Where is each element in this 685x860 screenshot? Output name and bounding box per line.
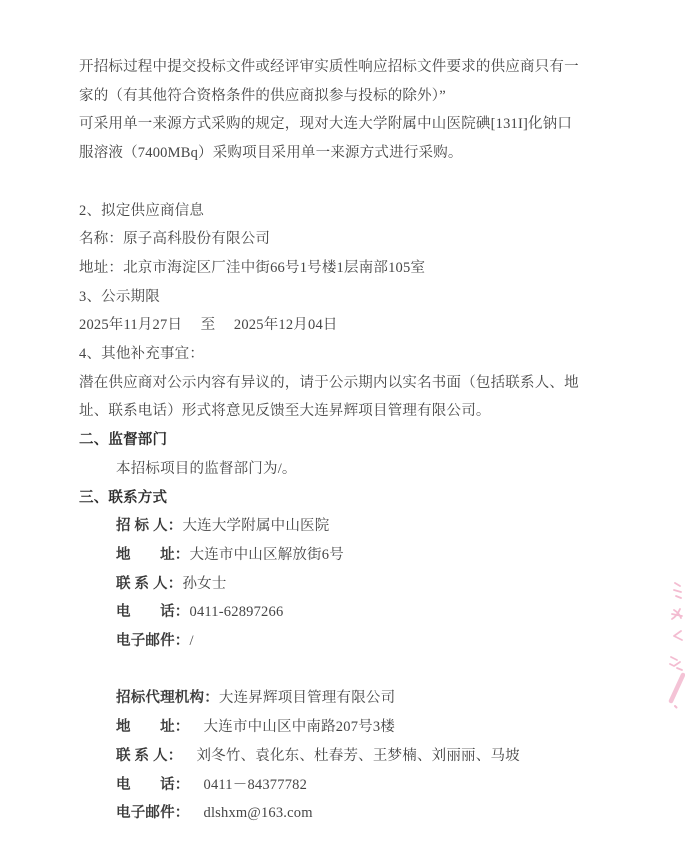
field-value: 孙女士 bbox=[182, 576, 226, 592]
carryover-paragraph-line-4: 服溶液（7400MBq）采购项目采用单一来源方式进行采购。 bbox=[79, 139, 639, 168]
tenderer-row: 地 址：大连市中山区解放街6号 bbox=[79, 541, 639, 570]
section4-body-line-2: 址、联系电话）形式将意见反馈至大连昇辉项目管理有限公司。 bbox=[79, 397, 639, 426]
field-label: 电子邮件： bbox=[116, 633, 190, 649]
section4-body-line-1: 潜在供应商对公示内容有异议的，请于公示期内以实名书面（包括联系人、地 bbox=[79, 369, 639, 398]
blank-line bbox=[79, 656, 639, 685]
section4-heading: 4、其他补充事宜： bbox=[79, 340, 639, 369]
field-value: 大连大学附属中山医院 bbox=[182, 518, 329, 534]
tenderer-contact-block: 招 标 人：大连大学附属中山医院 地 址：大连市中山区解放街6号 联 系 人：孙… bbox=[79, 512, 639, 656]
handwritten-annotation bbox=[648, 563, 685, 718]
tenderer-row: 招 标 人：大连大学附属中山医院 bbox=[79, 512, 639, 541]
publicity-period-line: 2025年11月27日 至 2025年12月04日 bbox=[79, 311, 639, 340]
agency-row: 电子邮件：dlshxm@163.com bbox=[79, 799, 639, 828]
supervision-heading: 二、监督部门 bbox=[79, 426, 639, 455]
field-label: 招 标 人： bbox=[116, 518, 182, 534]
field-value: 0411-62897266 bbox=[190, 604, 284, 620]
supervision-body-line: 本招标项目的监督部门为/。 bbox=[79, 455, 639, 484]
carryover-paragraph-line-2: 家的（有其他符合资格条件的供应商拟参与投标的除外）” bbox=[79, 82, 639, 111]
tenderer-row: 电 话：0411-62897266 bbox=[79, 598, 639, 627]
field-label: 招标代理机构： bbox=[116, 690, 219, 706]
field-label: 电 话： bbox=[116, 777, 190, 793]
carryover-paragraph-line-1: 开招标过程中提交投标文件或经评审实质性响应招标文件要求的供应商只有一 bbox=[79, 53, 639, 82]
agency-row: 电 话：0411－84377782 bbox=[79, 771, 639, 800]
tenderer-row: 电子邮件：/ bbox=[79, 627, 639, 656]
agency-contact-block: 招标代理机构：大连昇辉项目管理有限公司 地 址：大连市中山区中南路207号3楼 … bbox=[79, 684, 639, 828]
field-value: dlshxm@163.com bbox=[204, 805, 313, 821]
blank-line bbox=[79, 168, 639, 197]
field-value: 刘冬竹、袁化东、杜春芳、王梦楠、刘丽丽、马坡 bbox=[196, 748, 519, 764]
agency-row: 联 系 人：刘冬竹、袁化东、杜春芳、王梦楠、刘丽丽、马坡 bbox=[79, 742, 639, 771]
document-page: 开招标过程中提交投标文件或经评审实质性响应招标文件要求的供应商只有一 家的（有其… bbox=[79, 53, 639, 828]
section2-heading: 2、拟定供应商信息 bbox=[79, 197, 639, 226]
field-label: 地 址： bbox=[116, 547, 190, 563]
field-value: 0411－84377782 bbox=[204, 777, 308, 793]
field-value: 大连市中山区中南路207号3楼 bbox=[204, 719, 396, 735]
field-value: 大连市中山区解放街6号 bbox=[190, 547, 344, 563]
field-label: 电子邮件： bbox=[116, 805, 190, 821]
field-label: 联 系 人： bbox=[116, 576, 182, 592]
section3-heading: 3、公示期限 bbox=[79, 283, 639, 312]
field-label: 地 址： bbox=[116, 719, 190, 735]
field-value: / bbox=[190, 633, 194, 649]
agency-row: 招标代理机构：大连昇辉项目管理有限公司 bbox=[79, 684, 639, 713]
supplier-name-line: 名称：原子高科股份有限公司 bbox=[79, 225, 639, 254]
field-label: 电 话： bbox=[116, 604, 190, 620]
carryover-paragraph-line-3: 可采用单一来源方式采购的规定，现对大连大学附属中山医院碘[131I]化钠口 bbox=[79, 110, 639, 139]
agency-row: 地 址：大连市中山区中南路207号3楼 bbox=[79, 713, 639, 742]
tenderer-row: 联 系 人：孙女士 bbox=[79, 570, 639, 599]
contact-heading: 三、联系方式 bbox=[79, 484, 639, 513]
field-label: 联 系 人： bbox=[116, 748, 182, 764]
field-value: 大连昇辉项目管理有限公司 bbox=[219, 690, 395, 706]
supplier-address-line: 地址：北京市海淀区厂洼中街66号1号楼1层南部105室 bbox=[79, 254, 639, 283]
